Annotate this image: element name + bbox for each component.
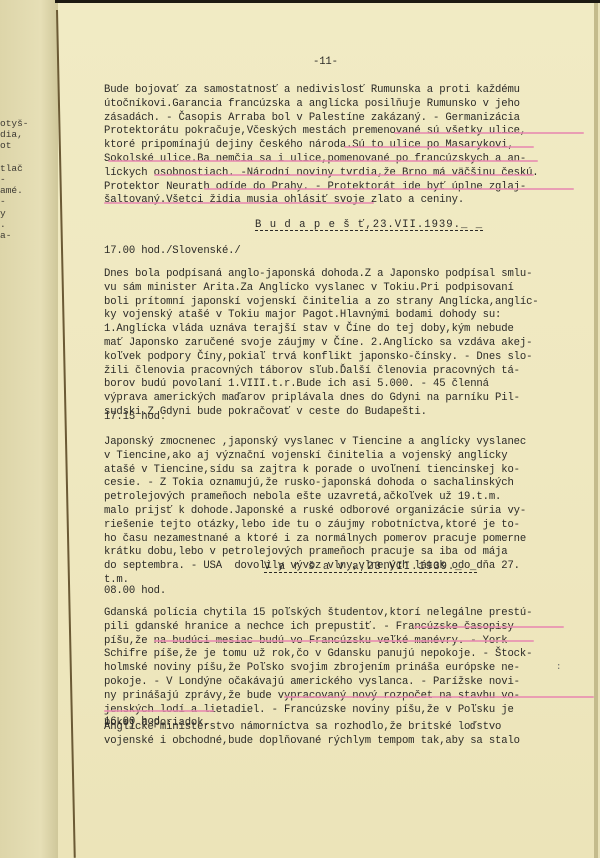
- highlight-underline: [204, 188, 574, 190]
- text-line: Japonský zmocnenec ,japonský vyslanec v …: [104, 436, 526, 450]
- heading-varsava: V a r š a v a,23.VII.1939._ _: [264, 561, 477, 573]
- text-line: výprava amerických maďarov priplávala dn…: [104, 392, 539, 406]
- text-line: sudski.Z Gdyni bude pokračovať v ceste d…: [104, 406, 539, 420]
- heading-budapest: B u d a p e š ť,23.VII.1939._ _: [255, 219, 483, 231]
- text-line: malo prijsť k dohode.Japonské a ruské od…: [104, 505, 526, 519]
- highlight-underline: [414, 626, 564, 628]
- scan-top-border: [55, 0, 600, 3]
- page-number: -11-: [313, 56, 338, 68]
- text-line: vojenské i obchodné,bude doplňované rých…: [104, 735, 520, 749]
- text-line: holmské noviny píšu,že Poľsko svojim zbr…: [104, 662, 532, 676]
- highlight-underline: [154, 174, 534, 176]
- text-line: Bude bojovať za samostatnosť a nedivislo…: [104, 84, 539, 98]
- highlight-underline: [154, 640, 534, 642]
- text-line: Gdanská polícia chytila 15 poľských štud…: [104, 607, 532, 621]
- highlight-underline: [104, 202, 374, 204]
- highlight-underline: [284, 696, 594, 698]
- paragraph-anglo-japonska-dohoda: Dnes bola podpísaná anglo-japonská dohod…: [104, 268, 539, 420]
- text-line: zásadách. - Časopis Arraba bol v Palestí…: [104, 112, 539, 126]
- text-line: koľvek podpory Číny,pokiaľ trvá konflikt…: [104, 351, 539, 365]
- text-line: borov budú povolaní 1.VIII.t.r.Bude ich …: [104, 378, 539, 392]
- text-line: riešenie tejto otázky,lebo ide tu o záuj…: [104, 519, 526, 533]
- text-line: petrolejových prameňoch nebola ešte uzav…: [104, 491, 526, 505]
- text-line: cesie. - Z Tokia oznamujú,že rusko-japon…: [104, 477, 526, 491]
- text-line: krátku dobu,lebo v petrolejových prameňo…: [104, 546, 526, 560]
- text-line: útočníkovi.Garancia francúzska a anglíck…: [104, 98, 539, 112]
- highlight-underline: [344, 146, 534, 148]
- text-line: ho času nezamestnané a ktoré i za normál…: [104, 533, 526, 547]
- text-line: Dnes bola podpísaná anglo-japonská dohod…: [104, 268, 539, 282]
- time-0800: 08.00 hod.: [104, 585, 166, 599]
- document-page: -11- Bude bojovať za samostatnosť a nedi…: [58, 0, 598, 858]
- text-line: t.m.: [104, 574, 526, 588]
- time-1715: 17.15 hod.: [104, 411, 166, 425]
- text-line: pokoje. - V Londýne očakávajú amerického…: [104, 676, 532, 690]
- text-line: boli prítomní japonskí vojenskí činiteli…: [104, 296, 539, 310]
- text-line: žili členovia pracovných táborov sľub.Ďa…: [104, 365, 539, 379]
- text-line: 1.Anglícka vláda uznáva terajší stav v Č…: [104, 323, 539, 337]
- text-line: v Tiencine,ako aj význační vojenskí čini…: [104, 450, 526, 464]
- speck-marks: :: [556, 662, 561, 672]
- text-line: Anglické ministerstvo námorníctva sa roz…: [104, 721, 520, 735]
- paragraph-britske-lodstvo: Anglické ministerstvo námorníctva sa roz…: [104, 721, 520, 749]
- highlight-underline: [104, 710, 214, 712]
- highlight-underline: [108, 160, 538, 162]
- text-line: atašé v Tiencine,sídu sa zajtra k porade…: [104, 464, 526, 478]
- text-line: Schifre píše,že je tomu už rok,čo v Gdan…: [104, 648, 532, 662]
- text-line: mať Japonsko zaručené svoje záujmy v Čín…: [104, 337, 539, 351]
- time-1700: 17.00 hod./Slovenské./: [104, 245, 241, 259]
- highlight-underline: [394, 132, 584, 134]
- left-margin-fragments: otyš- dia, ot tlač - amé. - y . a-: [0, 118, 40, 241]
- page-edge-shadow: [594, 0, 598, 858]
- text-line: vu sám minister Arita.Za Anglícko vyslan…: [104, 282, 539, 296]
- text-line: ky vojenský atašé v Tokiu major Pagot.Hl…: [104, 309, 539, 323]
